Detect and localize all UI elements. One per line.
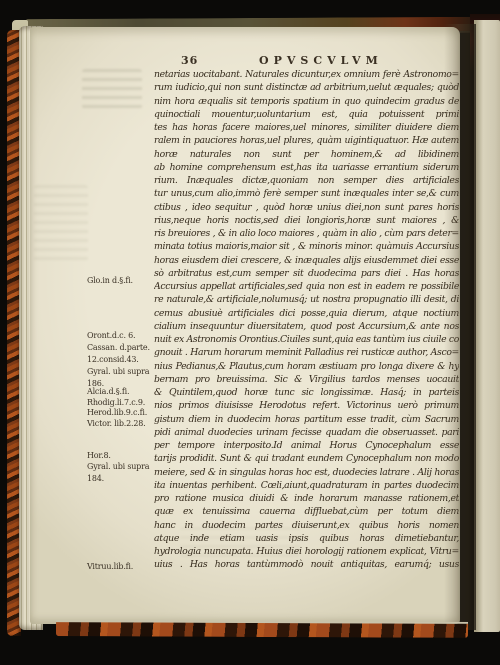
margin-note: Oront.d.c. 6. — [87, 331, 157, 340]
body-text-line: rum iudicio,qui non sunt distinctæ ad ar… — [154, 81, 459, 94]
body-text-line: atque inde etiam uasis ipsis quibus hora… — [154, 532, 459, 545]
body-text-line: nuit ex Astronomis Orontius.Ciuiles sunt… — [154, 333, 459, 346]
margin-notes-column: Glo.in d.§.fi.Oront.d.c. 6.Cassan. d.par… — [87, 27, 155, 624]
body-text-line: ris breuiores , & in alio loco maiores ,… — [154, 227, 459, 240]
body-text-line: ralem in pauciores horas,uel plures, quà… — [154, 134, 459, 147]
body-text-line: ctibus , ideo sequitur , quòd horæ unius… — [154, 201, 459, 214]
margin-note: Alcia.d.§.fi. — [87, 387, 157, 396]
body-text-line: rius,neque horis noctis,sed diei longior… — [154, 214, 459, 227]
body-text-line: netarias uocitabant. Naturales dicuntur,… — [154, 68, 459, 81]
margin-note: Gyral. ubi supra — [87, 367, 157, 376]
margin-note: Gyral. ubi supra — [87, 462, 157, 471]
body-text-line: re naturale,& artificiale,nolumusq́; ut … — [154, 293, 459, 306]
margin-note: Glo.in d.§.fi. — [87, 276, 157, 285]
body-text-line: tes has horas facere maiores,uel minores… — [154, 121, 459, 134]
margin-note: 12.consid.43. — [87, 355, 157, 364]
body-text-line: cialium insequuntur diuersitatem, quod p… — [154, 320, 459, 333]
body-text-line: meiere, sed & in singulas horas hoc est,… — [154, 466, 459, 479]
margin-note: Victor. lib.2.28. — [87, 419, 157, 428]
running-title: OPVSCVLVM — [259, 54, 383, 67]
body-text-line: quæ ex tenuissima cauerna diffluebat,cùm… — [154, 505, 459, 518]
margin-note: Rhodig.li.7.c.9. — [87, 398, 157, 407]
body-text-line: uius . Has horas tantùmmodò nouit antiqu… — [154, 558, 459, 571]
margin-note: Cassan. d.parte. — [87, 343, 157, 352]
body-text-line: gistum diem in duodecim horas partitum e… — [154, 413, 459, 426]
folio-number: 36 — [181, 54, 198, 67]
margin-note: Hor.8. — [87, 451, 157, 460]
body-text-line: & Quintilem,quod horæ tunc sic longissim… — [154, 386, 459, 399]
body-text-line: nius Pedianus,& Plautus,cum horam æstiua… — [154, 360, 459, 373]
body-text-line: ita inuentas perhibent. Cœli,aiunt,quadr… — [154, 479, 459, 492]
body-text-line: tur unus,cum alio,immò ferè semper sunt … — [154, 187, 459, 200]
body-text-line: nios primos diuisisse Herodotus refert. … — [154, 399, 459, 412]
body-text-line: tarijs prodidit. Sunt & qui tradant eund… — [154, 452, 459, 465]
body-text-block: netarias uocitabant. Naturales dicuntur,… — [154, 68, 459, 576]
margin-note: Vitruu.lib.fi. — [87, 562, 157, 571]
body-text-line: minata totius maioris,maior sit , & mino… — [154, 240, 459, 253]
body-text-line: nim hora æqualis sit temporis spatium in… — [154, 95, 459, 108]
body-text-line: hanc in duodecim partes diuiserunt,ex qu… — [154, 519, 459, 532]
body-text-line: per tempore interposito.Id animal Horus … — [154, 439, 459, 452]
margin-note: 184. — [87, 474, 157, 483]
gutter-shadow — [444, 24, 476, 630]
body-text-line: cemus abusiuè artificiales dici posse,qu… — [154, 307, 459, 320]
body-text-line: ab homine comprehensum est,has ita uaria… — [154, 161, 459, 174]
margin-note: Herod.lib.9.c.fi. — [87, 408, 157, 417]
body-text-line: hydrologia nuncupata. Huius diei horolog… — [154, 545, 459, 558]
body-text-line: bernam pro breuissima. Sic & Virgilius t… — [154, 373, 459, 386]
body-text-line: gnouit . Harum horarum meminit Palladius… — [154, 346, 459, 359]
body-text-line: pidi animal duodecies urinam fecisse qua… — [154, 426, 459, 439]
body-text-line: Accursius appellat artificiales,sed quia… — [154, 280, 459, 293]
marbled-bottom-cover-edge — [56, 620, 468, 638]
body-text-line: pro ratione musica diuidi & inde horarum… — [154, 492, 459, 505]
body-text-line: horas eiusdem diei crescere, & inæquales… — [154, 254, 459, 267]
body-text-line: sò arbitratus est,cum semper sit duodeci… — [154, 267, 459, 280]
body-text-line: rium. Inæquales dictæ,quoniam non semper… — [154, 174, 459, 187]
body-text-line: quinoctiali mouentur,uoluntarium est, qu… — [154, 108, 459, 121]
book-page: 36 OPVSCVLVM Glo.in d.§.fi.Oront.d.c. 6.… — [30, 27, 460, 624]
show-through-text — [34, 185, 88, 261]
facing-page-edge — [474, 20, 500, 632]
body-text-line: horæ naturales non sunt per hominem,& ad… — [154, 148, 459, 161]
book-photo: 36 OPVSCVLVM Glo.in d.§.fi.Oront.d.c. 6.… — [0, 0, 500, 665]
